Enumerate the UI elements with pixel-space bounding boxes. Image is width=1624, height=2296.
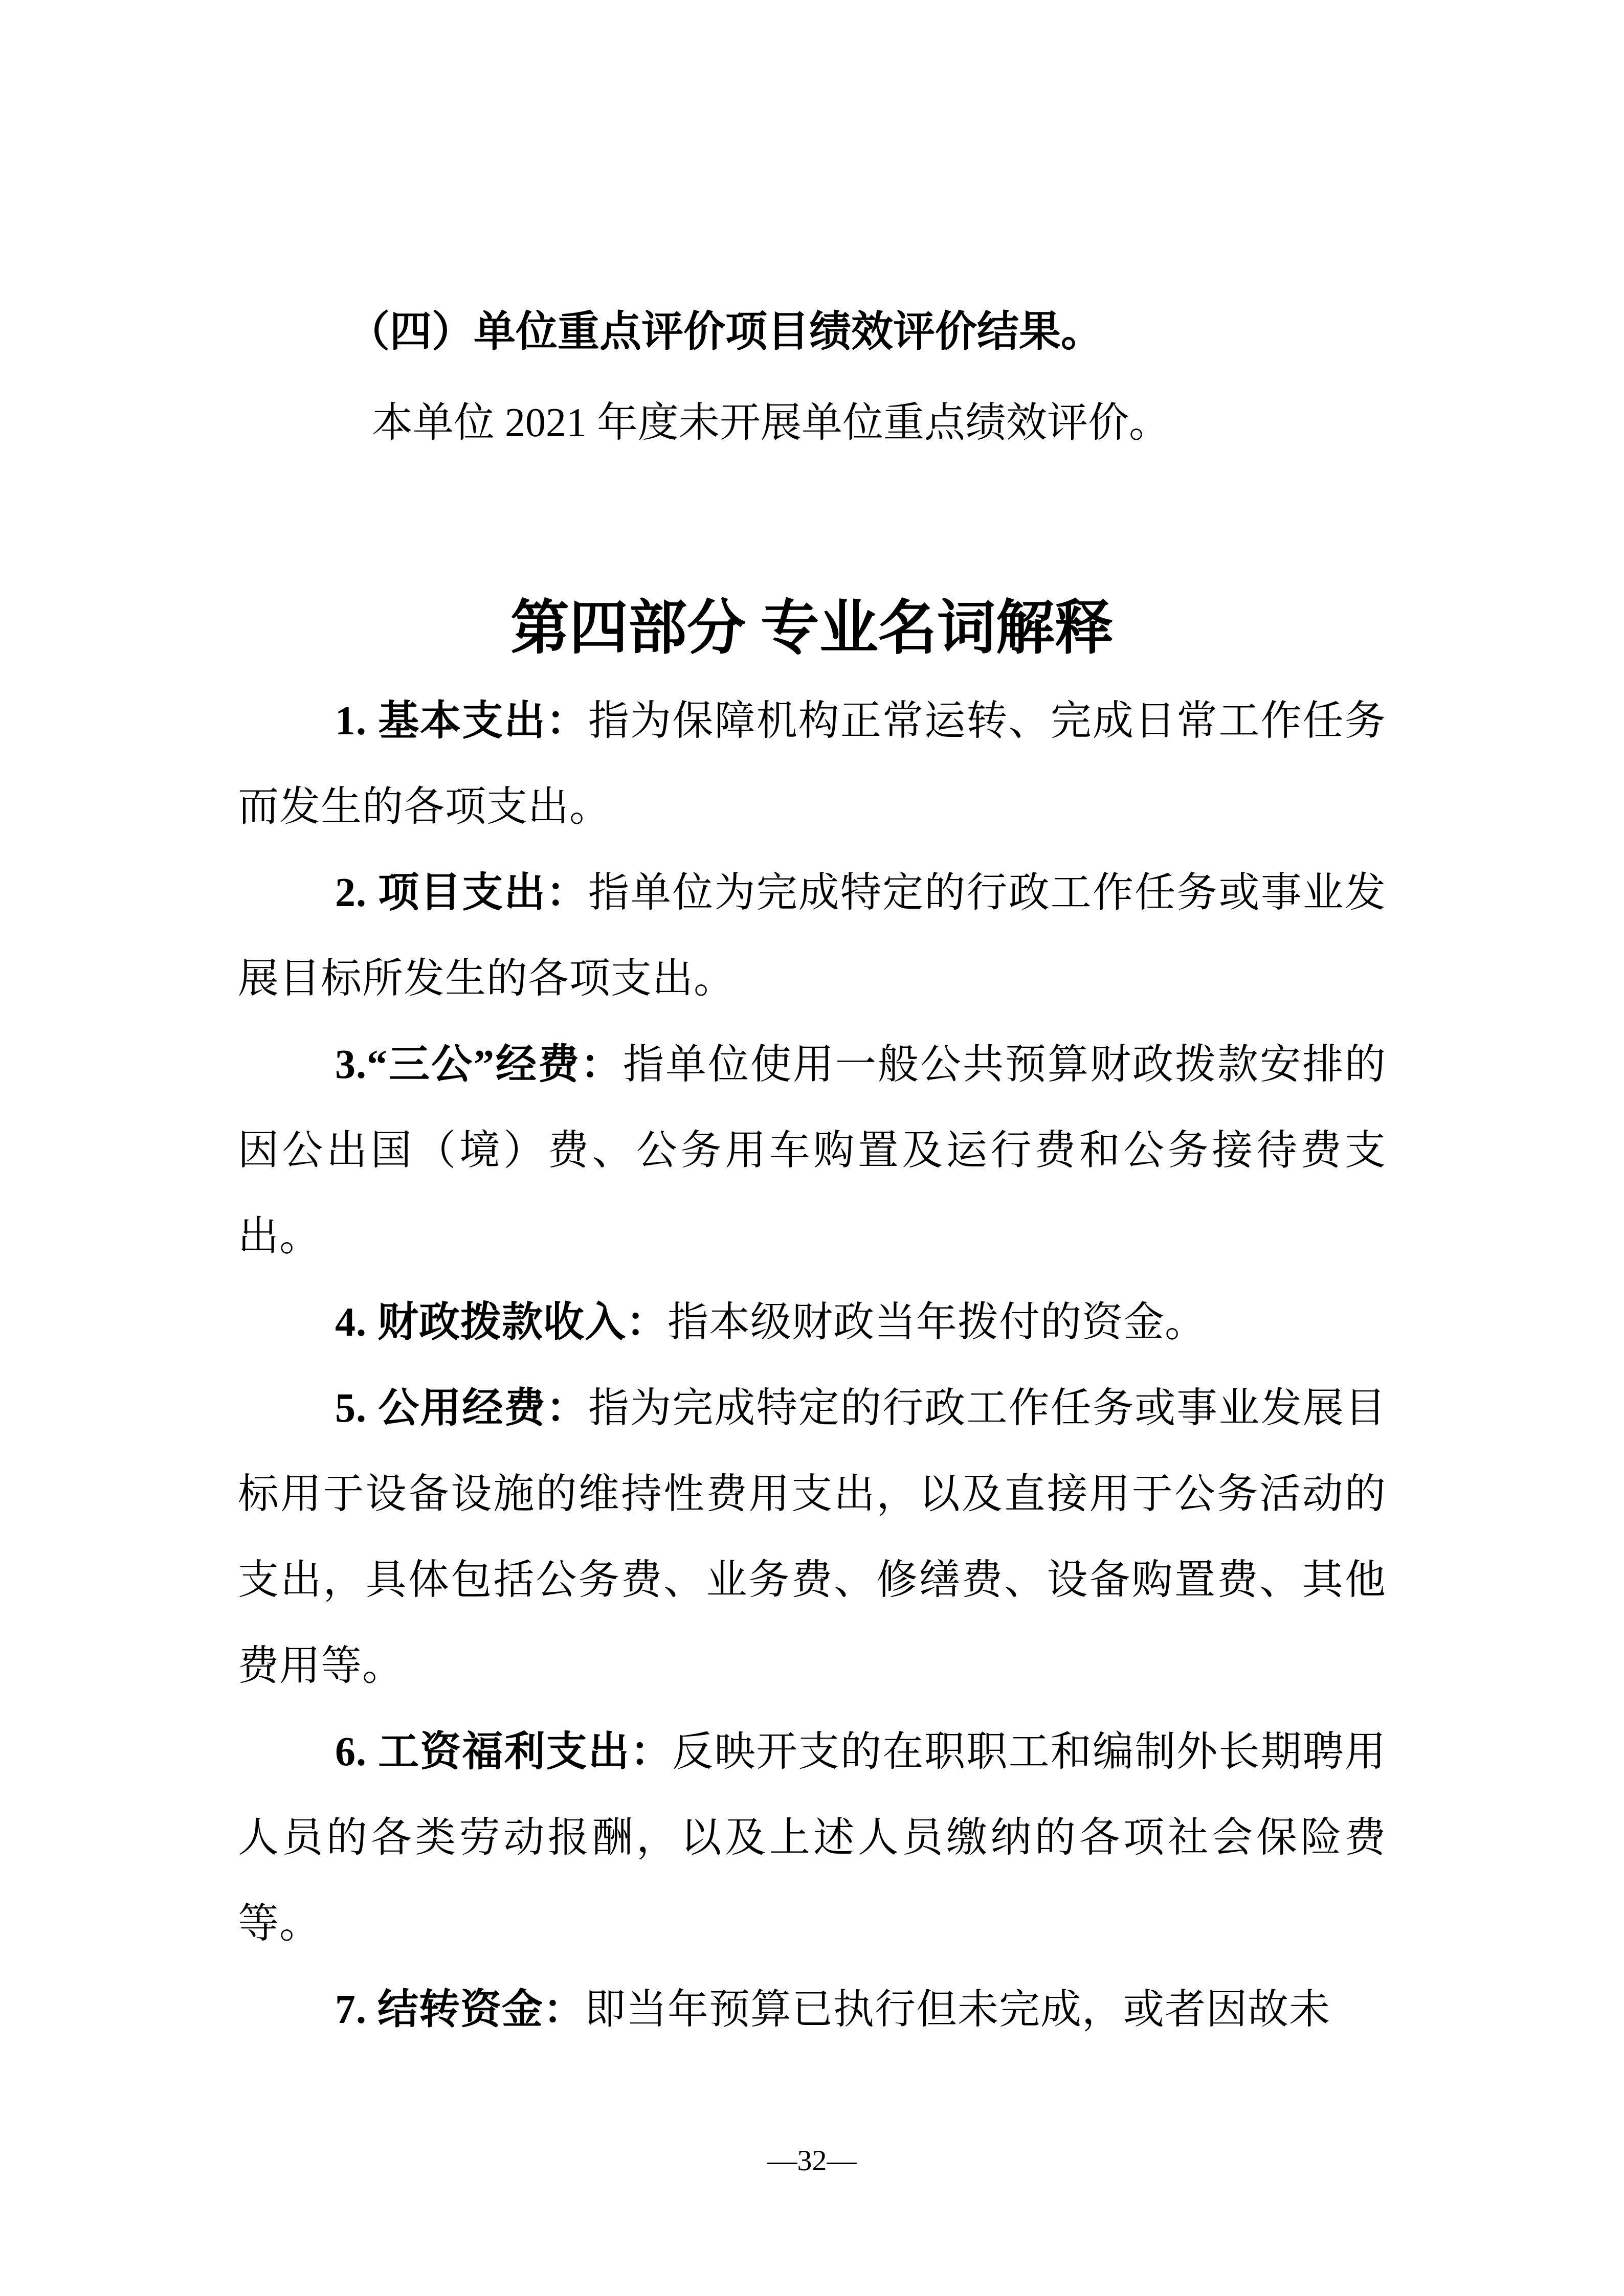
definition-item: 4. 财政拨款收入：指本级财政当年拨付的资金。 — [238, 1279, 1386, 1365]
definition-text: 指为完成特定的行政工作任务或事业发展目标用于设备设施的维持性费用支出，以及直接用… — [238, 1386, 1386, 1689]
definition-term: 6. 工资福利支出： — [335, 1729, 672, 1774]
definition-term: 5. 公用经费： — [335, 1386, 588, 1431]
definition-item: 2. 项目支出：指单位为完成特定的行政工作任务或事业发展目标所发生的各项支出。 — [238, 850, 1386, 1022]
definitions-list: 1. 基本支出：指为保障机构正常运转、完成日常工作任务而发生的各项支出。 2. … — [238, 678, 1386, 2053]
section-heading: （四）单位重点评价项目绩效评价结果。 — [238, 307, 1386, 357]
document-page: （四）单位重点评价项目绩效评价结果。 本单位 2021 年度未开展单位重点绩效评… — [0, 0, 1624, 2296]
page-number: —32— — [0, 2143, 1624, 2178]
definition-item: 1. 基本支出：指为保障机构正常运转、完成日常工作任务而发生的各项支出。 — [238, 678, 1386, 850]
definition-item: 3.“三公”经费：指单位使用一般公共预算财政拨款安排的因公出国（境）费、公务用车… — [238, 1022, 1386, 1279]
section-note: 本单位 2021 年度未开展单位重点绩效评价。 — [238, 396, 1386, 449]
definition-term: 7. 结转资金： — [335, 1987, 585, 2032]
definition-item: 5. 公用经费：指为完成特定的行政工作任务或事业发展目标用于设备设施的维持性费用… — [238, 1365, 1386, 1709]
definition-item: 7. 结转资金：即当年预算已执行但未完成，或者因故未 — [238, 1967, 1386, 2053]
definition-term: 2. 项目支出： — [335, 870, 588, 915]
part-title: 第四部分 专业名词解释 — [0, 593, 1624, 664]
definition-term: 1. 基本支出： — [335, 699, 588, 744]
definition-text: 即当年预算已执行但未完成，或者因故未 — [585, 1987, 1330, 2032]
definition-text: 指本级财政当年拨付的资金。 — [668, 1300, 1206, 1345]
definition-term: 4. 财政拨款收入： — [335, 1300, 668, 1345]
definition-item: 6. 工资福利支出：反映开支的在职职工和编制外长期聘用人员的各类劳动报酬，以及上… — [238, 1709, 1386, 1967]
definition-term: 3.“三公”经费： — [335, 1042, 623, 1087]
